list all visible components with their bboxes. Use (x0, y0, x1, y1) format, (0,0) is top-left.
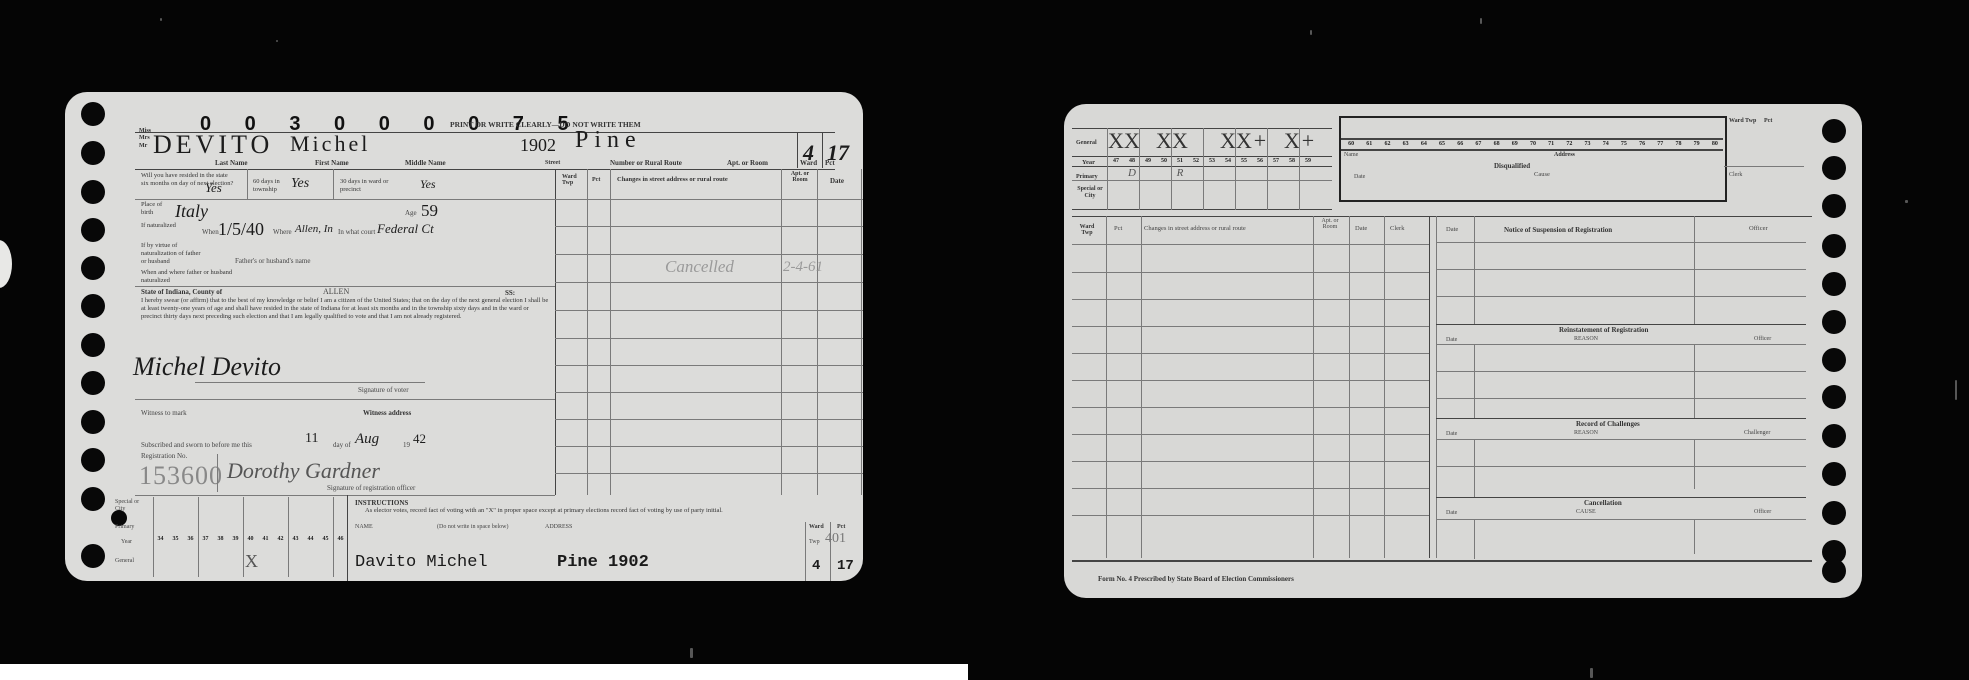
county-value: ALLEN (323, 288, 349, 296)
rule (1235, 128, 1236, 210)
challenges-reason-header: REASON (1574, 430, 1598, 436)
rule (217, 454, 218, 492)
label-when: When (202, 229, 219, 236)
rule (1436, 519, 1806, 520)
rule (1436, 269, 1806, 270)
label-voter-signature: Signature of voter (358, 387, 409, 394)
year-cell: 36 (183, 536, 198, 542)
label-pct-back: Pct (1764, 118, 1772, 124)
year-cell: 80 (1706, 141, 1724, 147)
rule (1474, 519, 1475, 559)
col-clerk: Clerk (1390, 226, 1404, 233)
vote-mark: X (1156, 130, 1172, 152)
salutation-mr: Mr (139, 143, 147, 149)
rule (1341, 149, 1723, 151)
form-footer: Form No. 4 Prescribed by State Board of … (1098, 576, 1294, 583)
label-clerk-back: Clerk (1729, 172, 1742, 178)
label-pct: Pct (825, 160, 835, 167)
typed-ward: 4 (812, 559, 820, 573)
day-value: 11 (305, 432, 318, 446)
dust-speck (1905, 200, 1908, 203)
age-value: 59 (421, 202, 438, 219)
label-day-of: day of (333, 442, 351, 449)
year-cell: 54 (1220, 158, 1236, 164)
vote-mark (1188, 130, 1204, 152)
vote-mark: + (1252, 130, 1268, 152)
year-cell: 53 (1204, 158, 1220, 164)
vote-mark: X (1124, 130, 1140, 152)
year-cell: 49 (1140, 158, 1156, 164)
challenges-challenger-header: Challenger (1744, 430, 1770, 436)
label-date-later: Date (1354, 174, 1365, 180)
general-mark-x: X (245, 552, 258, 570)
rule (1436, 497, 1806, 498)
year-cell: 69 (1506, 141, 1524, 147)
last-name-value: DEVITO (153, 132, 273, 158)
rule (1694, 344, 1695, 418)
rule (1267, 128, 1268, 210)
dust-speck (1955, 380, 1957, 400)
year-value: 42 (413, 432, 426, 445)
row-special-city: Special or City (115, 499, 145, 513)
col-pct: Pct (592, 177, 600, 183)
rule (1072, 407, 1429, 408)
voter-signature: Michel Devito (133, 354, 281, 380)
year-cell: 41 (258, 536, 273, 542)
rule (555, 338, 863, 339)
year-cell: 56 (1252, 158, 1268, 164)
rule (1171, 128, 1172, 210)
dust-speck (1590, 668, 1593, 678)
vote-mark: + (1300, 130, 1316, 152)
year-cell: 55 (1236, 158, 1252, 164)
year-cell: 59 (1300, 158, 1316, 164)
label-first-name: First Name (315, 160, 349, 167)
label-age: Age (405, 210, 417, 217)
year-cell: 46 (333, 536, 348, 542)
col-date: Date (1355, 226, 1367, 233)
cancellation-cause-header: CAUSE (1576, 509, 1596, 515)
label-name: NAME (355, 524, 373, 530)
year-cell: 39 (228, 536, 243, 542)
primary-mark (1156, 168, 1172, 179)
rule (1474, 344, 1475, 418)
punch-hole (81, 256, 105, 280)
rule (1384, 216, 1385, 558)
rule (555, 473, 863, 474)
rule (555, 446, 863, 447)
scan-margin-strip (0, 664, 968, 680)
punch-hole (81, 410, 105, 434)
punch-hole (1822, 462, 1846, 486)
label-number: Number or Rural Route (610, 160, 682, 167)
pct-handwritten: 401 (825, 532, 846, 546)
label-pct-bottom: Pct (837, 524, 845, 530)
label-ss: SS: (505, 290, 515, 297)
primary-mark (1108, 168, 1124, 179)
punch-hole (81, 102, 105, 126)
year-cell: 51 (1172, 158, 1188, 164)
rule (333, 169, 334, 199)
rule (1436, 398, 1806, 399)
dust-speck (1480, 18, 1482, 24)
rule (1139, 128, 1140, 210)
rule (1436, 296, 1806, 297)
label-address-later: Address (1554, 152, 1575, 158)
label-father-naturalized: When and where father or husband natural… (141, 269, 236, 285)
label-middle-name: Middle Name (405, 160, 446, 167)
year-cell: 62 (1378, 141, 1396, 147)
rule (1203, 128, 1204, 210)
dust-speck (1310, 30, 1312, 35)
rule (1299, 128, 1300, 210)
year-cell: 65 (1433, 141, 1451, 147)
label-court: In what court (338, 229, 375, 236)
rule (1072, 156, 1332, 157)
rule (1072, 272, 1429, 273)
vote-mark (1140, 130, 1156, 152)
challenges-title: Record of Challenges (1576, 421, 1640, 428)
cancellation-date-header: Date (1446, 510, 1457, 516)
row-general: General (1076, 140, 1097, 146)
rule (1436, 418, 1806, 419)
typed-address: Pine 1902 (557, 554, 649, 571)
rule (135, 199, 555, 200)
label-subscribed: Subscribed and sworn to before me this (141, 442, 252, 449)
rule (1436, 242, 1806, 243)
year-cell: 71 (1542, 141, 1560, 147)
year-cell: 68 (1488, 141, 1506, 147)
rule (1072, 353, 1429, 354)
rule (555, 282, 863, 283)
label-twp-bottom: Twp (809, 539, 820, 545)
punch-hole (1822, 156, 1846, 180)
punch-hole (81, 141, 105, 165)
vote-mark (1204, 130, 1220, 152)
salutation-miss: Miss (139, 128, 151, 134)
year-prefix: 19 (403, 442, 410, 449)
label-ward-twp-back: Ward Twp (1729, 118, 1756, 124)
rule (1694, 439, 1695, 489)
where-value: Allen, In (295, 224, 333, 235)
punch-hole (1822, 310, 1846, 334)
vote-mark: X (1236, 130, 1252, 152)
rule (333, 497, 334, 577)
label-witness-mark: Witness to mark (141, 410, 187, 417)
primary-mark: D (1124, 168, 1140, 179)
year-strip-later: 60 61 62 63 64 65 66 67 68 69 70 71 72 7… (1342, 141, 1724, 147)
when-value: 1/5/40 (218, 220, 264, 238)
dust-speck (276, 40, 278, 42)
registration-card-back: General Year Primary Special or City 47 … (1064, 104, 1862, 598)
rule (555, 199, 863, 200)
cancellation-officer-header: Officer (1754, 509, 1771, 515)
punch-hole (81, 448, 105, 472)
cancelled-date: 2-4-61 (783, 260, 823, 275)
vote-mark (1268, 130, 1284, 152)
rule (1107, 128, 1108, 210)
year-cell: 74 (1597, 141, 1615, 147)
rule (1072, 461, 1429, 462)
label-cause-later: Cause (1534, 172, 1550, 179)
month-value: Aug (355, 432, 379, 447)
rule (1072, 434, 1429, 435)
rule (1072, 299, 1429, 300)
rule (1072, 326, 1429, 327)
year-cell: 44 (303, 536, 318, 542)
vote-mark: X (1172, 130, 1188, 152)
rule (1072, 560, 1812, 562)
punch-hole (81, 487, 105, 511)
rule (1072, 166, 1332, 167)
year-cell: 57 (1268, 158, 1284, 164)
col-pct: Pct (1114, 226, 1122, 233)
rule (797, 132, 798, 168)
col-apt: Apt. or Room (1317, 218, 1343, 230)
col-ward-twp: Ward Twp (1076, 224, 1098, 236)
punch-hole (1822, 385, 1846, 409)
year-cell: 47 (1108, 158, 1124, 164)
label-ward-days: 30 days in ward or precinct (340, 178, 400, 194)
punch-hole (1822, 424, 1846, 448)
rule (1313, 216, 1314, 558)
reinstatement-title: Reinstatement of Registration (1559, 327, 1648, 334)
rule (805, 522, 806, 581)
year-cell: 64 (1415, 141, 1433, 147)
label-apt: Apt. or Room (727, 160, 768, 167)
rule (153, 497, 154, 577)
primary-mark (1140, 168, 1156, 179)
reinstatement-date-header: Date (1446, 337, 1457, 343)
rule (1436, 439, 1806, 440)
label-by-virtue: If by virtue of naturalization of father… (141, 242, 201, 266)
suspension-date-header: Date (1446, 227, 1458, 234)
rule (822, 132, 823, 168)
label-officer-signature: Signature of registration officer (327, 485, 415, 492)
year-cell: 67 (1469, 141, 1487, 147)
label-address: ADDRESS (545, 524, 572, 530)
rule (135, 169, 835, 170)
reinstatement-reason-header: REASON (1574, 336, 1598, 342)
rule (1072, 180, 1332, 181)
punch-hole (81, 371, 105, 395)
col-changes: Changes in street address or rural route (1144, 226, 1246, 233)
rule (1072, 244, 1429, 245)
rule (1072, 515, 1429, 516)
dust-speck (160, 18, 162, 21)
punch-hole (81, 294, 105, 318)
punch-hole (1822, 501, 1846, 525)
suspension-notice-header: Notice of Suspension of Registration (1504, 227, 1612, 234)
row-year: Year (121, 539, 132, 545)
label-township: 60 days in township (253, 178, 295, 194)
year-cell: 40 (243, 536, 258, 542)
label-name-later: Name (1344, 152, 1358, 158)
rule (247, 169, 248, 199)
year-cell: 70 (1524, 141, 1542, 147)
label-street: Street (545, 160, 560, 166)
rule (1141, 216, 1142, 558)
rule (243, 497, 244, 577)
rule (555, 365, 863, 366)
rule (1724, 166, 1804, 167)
rule (1436, 344, 1806, 345)
year-cell: 58 (1284, 158, 1300, 164)
rule (1436, 371, 1806, 372)
resided-state-value: Yes (205, 181, 222, 194)
rule (1072, 216, 1812, 217)
rule (1436, 216, 1437, 558)
salutation-mrs: Mrs (139, 135, 150, 141)
registration-card-front: 0 0 3 0 0 0 0 7 5 PRINT OR WRITE CLEARLY… (65, 92, 863, 581)
row-primary: Primary (115, 524, 134, 530)
court-value: Federal Ct (377, 222, 434, 235)
row-general: General (115, 558, 134, 564)
punch-hole (1822, 272, 1846, 296)
label-no-write: (Do not write in space below) (437, 524, 508, 530)
label-last-name: Last Name (215, 160, 247, 167)
rule (1436, 324, 1806, 325)
year-cell: 72 (1560, 141, 1578, 147)
street-value: Pine (575, 128, 642, 152)
vote-mark: X (1220, 130, 1236, 152)
year-strip-left: 34 35 36 37 38 39 40 41 42 43 44 45 46 (153, 536, 348, 542)
row-special-city: Special or City (1076, 186, 1104, 200)
year-cell: 38 (213, 536, 228, 542)
rule (1429, 216, 1430, 558)
rule (555, 392, 863, 393)
ward-days-value: Yes (420, 178, 436, 190)
year-cell: 78 (1669, 141, 1687, 147)
year-cell: 34 (153, 536, 168, 542)
instructions-text: As elector votes, record fact of voting … (365, 507, 845, 515)
rule (347, 495, 348, 581)
label-where: Where (273, 229, 292, 236)
challenges-date-header: Date (1446, 431, 1457, 437)
rule (135, 495, 555, 496)
label-ward: Ward (800, 160, 817, 167)
year-cell: 61 (1360, 141, 1378, 147)
first-name-value: Michel (290, 133, 370, 155)
rule (555, 254, 863, 255)
label-ward-bottom: Ward (809, 524, 824, 530)
punch-hole (1822, 119, 1846, 143)
year-cell: 48 (1124, 158, 1140, 164)
instructions-title: INSTRUCTIONS (355, 500, 408, 507)
township-value: Yes (291, 177, 309, 191)
registration-number: 153600 (139, 463, 223, 489)
rule (830, 522, 831, 581)
reinstatement-officer-header: Officer (1754, 336, 1771, 342)
year-cell: 60 (1342, 141, 1360, 147)
punch-hole (1822, 234, 1846, 258)
punch-hole (81, 333, 105, 357)
col-ward-twp: Ward Twp (562, 174, 584, 186)
vote-mark: X (1284, 130, 1300, 152)
street-number-value: 1902 (520, 136, 556, 154)
label-naturalized: If naturalized (141, 222, 181, 230)
typed-name: Davito Michel (355, 554, 488, 571)
year-cell: 50 (1156, 158, 1172, 164)
punch-hole (1822, 559, 1846, 583)
rule (555, 226, 863, 227)
rule (1072, 488, 1429, 489)
year-cell: 75 (1615, 141, 1633, 147)
year-cell: 43 (288, 536, 303, 542)
year-cell: 77 (1651, 141, 1669, 147)
rule (1072, 380, 1429, 381)
col-date: Date (830, 178, 844, 185)
rule (288, 497, 289, 577)
label-disqualified: Disqualified (1494, 163, 1530, 170)
year-cell: 66 (1451, 141, 1469, 147)
year-cell: 73 (1578, 141, 1596, 147)
cancelled-note: Cancelled (665, 258, 734, 275)
rule (1694, 216, 1695, 324)
rule (198, 497, 199, 577)
later-years-box (1339, 116, 1727, 202)
label-registration-no: Registration No. (141, 453, 187, 460)
edge-punch-hole (0, 240, 12, 288)
year-cell: 35 (168, 536, 183, 542)
rule (1106, 216, 1107, 558)
rule (1072, 209, 1332, 210)
year-cell: 45 (318, 536, 333, 542)
typed-pct: 17 (837, 559, 854, 573)
primary-marks-right: D R (1108, 168, 1188, 179)
rule (1349, 216, 1350, 558)
label-state-county: State of Indiana, County of (141, 289, 222, 296)
rule (555, 310, 863, 311)
year-cell: 52 (1188, 158, 1204, 164)
label-birthplace: Place of birth (141, 201, 171, 217)
rule (555, 419, 863, 420)
label-fathers-name: Father's or husband's name (235, 258, 310, 265)
oath-text: I hereby swear (or affirm) that to the b… (141, 297, 551, 321)
punch-hole (81, 180, 105, 204)
dust-speck (690, 648, 693, 658)
birthplace-value: Italy (175, 202, 208, 220)
col-apt: Apt. or Room (787, 171, 813, 183)
rule (1341, 138, 1723, 140)
primary-mark: R (1172, 168, 1188, 179)
rule (135, 399, 555, 400)
vote-mark: X (1108, 130, 1124, 152)
rule (1436, 466, 1806, 467)
rule (1474, 216, 1475, 324)
rule (1474, 439, 1475, 497)
label-witness-address: Witness address (363, 410, 411, 417)
year-cell: 42 (273, 536, 288, 542)
year-cell: 37 (198, 536, 213, 542)
punch-hole (1822, 348, 1846, 372)
officer-signature: Dorothy Gardner (227, 460, 380, 482)
punch-hole (1822, 194, 1846, 218)
year-cell: 79 (1688, 141, 1706, 147)
col-changes: Changes in street address or rural route (617, 177, 728, 184)
year-cell: 63 (1397, 141, 1415, 147)
punch-hole (81, 218, 105, 242)
year-cell: 76 (1633, 141, 1651, 147)
cancellation-title: Cancellation (1584, 500, 1622, 507)
suspension-officer-header: Officer (1749, 226, 1768, 233)
rule (195, 382, 425, 383)
punch-hole (81, 544, 105, 568)
rule (1694, 519, 1695, 554)
